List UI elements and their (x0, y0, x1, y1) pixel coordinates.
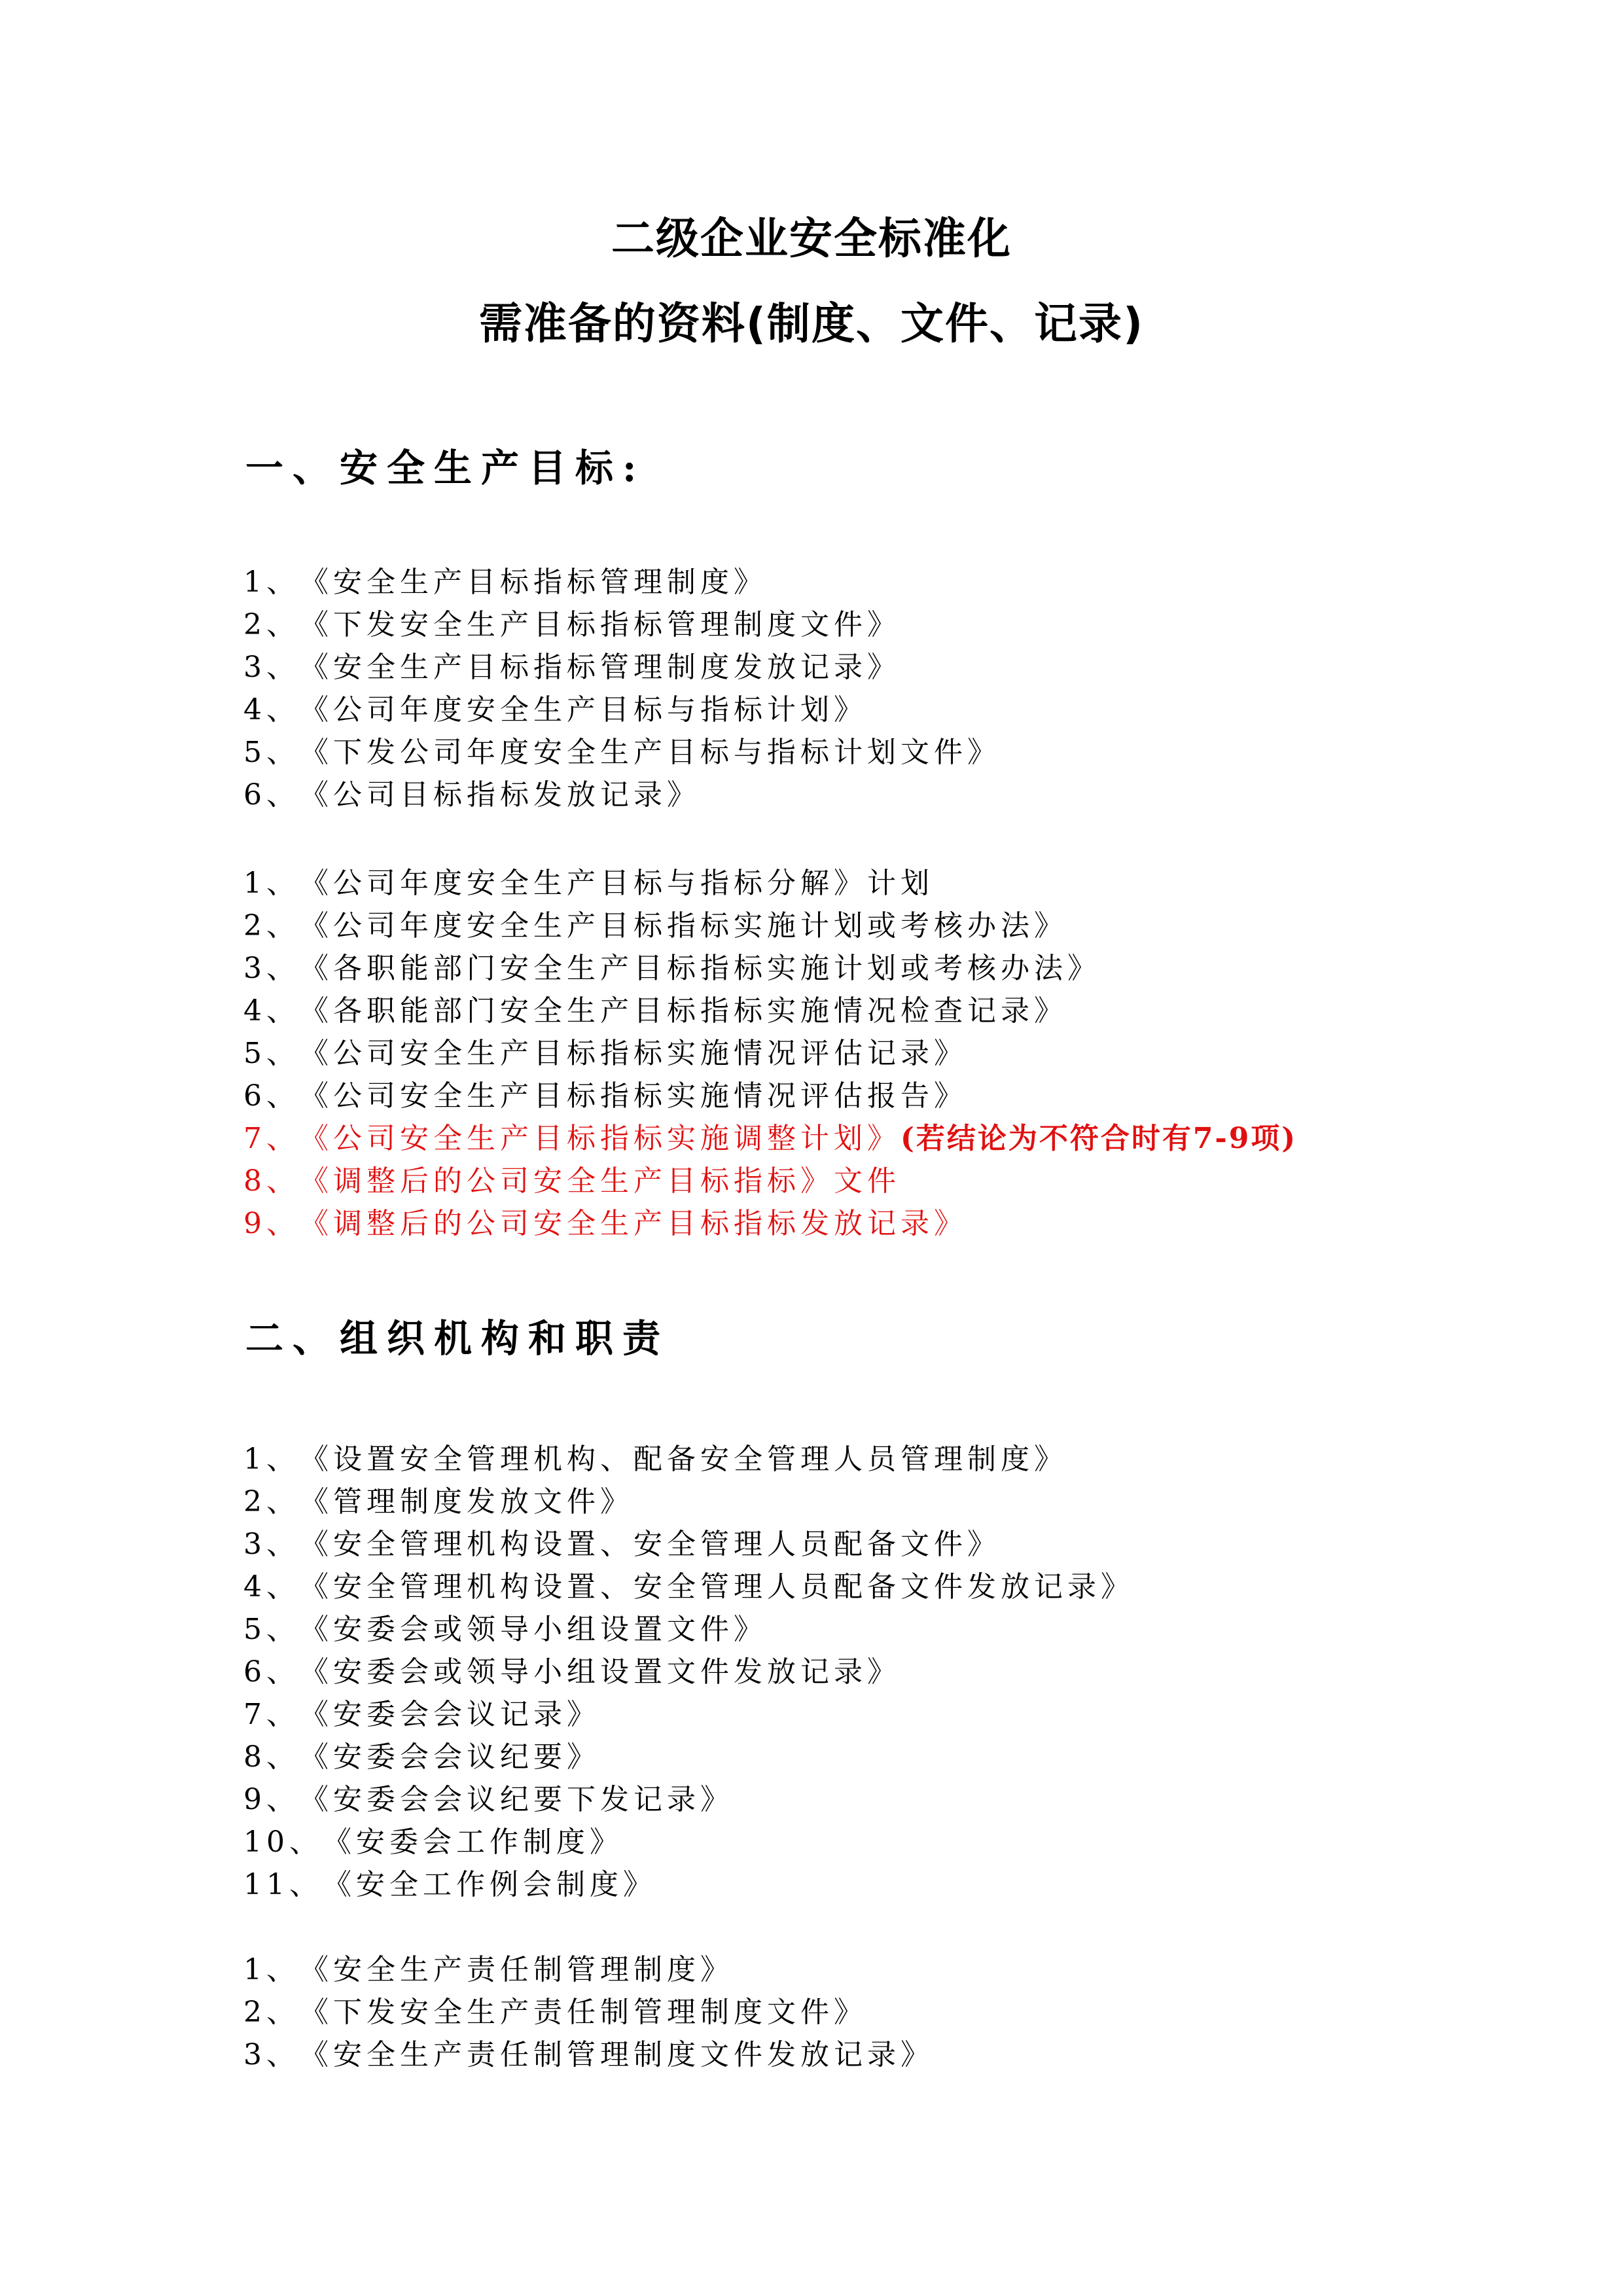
item-number: 3、 (243, 646, 300, 689)
safety-goals-list-1: 1、《安全生产目标指标管理制度》 2、《下发安全生产目标指标管理制度文件》 3、… (243, 561, 1001, 816)
list-item: 3、《安全生产目标指标管理制度发放记录》 (243, 646, 1001, 689)
item-text: 《下发公司年度安全生产目标与指标计划文件》 (300, 736, 1001, 769)
item-text: 《调整后的公司安全生产目标指标》文件 (300, 1164, 901, 1198)
organization-list-2: 1、《安全生产责任制管理制度》 2、《下发安全生产责任制管理制度文件》 3、《安… (243, 1948, 934, 2076)
item-number: 4、 (243, 689, 300, 731)
item-number: 2、 (243, 603, 300, 646)
list-item-highlighted: 9、《调整后的公司安全生产目标指标发放记录》 (243, 1202, 1297, 1245)
item-number: 6、 (243, 774, 300, 816)
list-item: 1、《设置安全管理机构、配备安全管理人员管理制度》 (243, 1438, 1134, 1480)
item-text: 《安全生产目标指标管理制度发放记录》 (300, 651, 901, 684)
item-number: 2、 (243, 905, 300, 947)
item-number: 2、 (243, 1480, 300, 1523)
item-text: 《公司安全生产目标指标实施情况评估记录》 (300, 1037, 967, 1070)
item-text: 《安全生产责任制管理制度》 (300, 1953, 734, 1986)
item-number: 9、 (243, 1202, 300, 1245)
item-number: 1、 (243, 561, 300, 603)
list-item: 3、《安全生产责任制管理制度文件发放记录》 (243, 2034, 934, 2076)
organization-list-1: 1、《设置安全管理机构、配备安全管理人员管理制度》 2、《管理制度发放文件》 3… (243, 1438, 1134, 1906)
item-number: 9、 (243, 1778, 300, 1821)
item-number: 2、 (243, 1991, 300, 2034)
item-text: 《安全生产目标指标管理制度》 (300, 565, 767, 599)
list-item: 4、《公司年度安全生产目标与指标计划》 (243, 689, 1001, 731)
item-number: 1、 (243, 1948, 300, 1991)
item-text: 《公司年度安全生产目标指标实施计划或考核办法》 (300, 909, 1067, 942)
item-text: 《安委会或领导小组设置文件发放记录》 (300, 1655, 901, 1689)
item-number: 3、 (243, 2034, 300, 2076)
document-page: 二级企业安全标准化 需准备的资料(制度、文件、记录) 一、安全生产目标: 1、《… (0, 0, 1623, 2296)
list-item-highlighted: 7、《公司安全生产目标指标实施调整计划》(若结论为不符合时有7-9项) (243, 1117, 1297, 1160)
item-text: 《安全管理机构设置、安全管理人员配备文件》 (300, 1528, 1001, 1561)
document-subtitle: 需准备的资料(制度、文件、记录) (0, 298, 1623, 350)
list-item: 11、《安全工作例会制度》 (243, 1863, 1134, 1906)
item-text: 《安委会会议记录》 (300, 1698, 600, 1731)
list-item: 3、《各职能部门安全生产目标指标实施计划或考核办法》 (243, 947, 1297, 990)
item-text: 《公司安全生产目标指标实施调整计划》 (300, 1122, 901, 1155)
item-number: 3、 (243, 947, 300, 990)
item-text: 《安委会会议纪要下发记录》 (300, 1783, 734, 1816)
item-number: 6、 (243, 1075, 300, 1117)
item-number: 1、 (243, 862, 300, 905)
item-text: 《安委会会议纪要》 (300, 1740, 600, 1774)
item-text: 《下发安全生产目标指标管理制度文件》 (300, 608, 901, 641)
item-text: 《各职能部门安全生产目标指标实施情况检查记录》 (300, 994, 1067, 1028)
item-number: 6、 (243, 1651, 300, 1693)
item-text: 《安全生产责任制管理制度文件发放记录》 (300, 2038, 934, 2072)
item-text: 《安全工作例会制度》 (323, 1868, 656, 1901)
item-text: 《安委会或领导小组设置文件》 (300, 1613, 767, 1646)
item-text: 《公司目标指标发放记录》 (300, 778, 700, 812)
list-item: 6、《安委会或领导小组设置文件发放记录》 (243, 1651, 1134, 1693)
section-heading-safety-goals: 一、安全生产目标: (245, 442, 645, 494)
item-text: 《安委会工作制度》 (323, 1825, 623, 1859)
item-number: 10、 (243, 1821, 323, 1863)
item-number: 5、 (243, 1032, 300, 1075)
item-number: 7、 (243, 1117, 300, 1160)
item-number: 8、 (243, 1736, 300, 1778)
list-item: 1、《安全生产目标指标管理制度》 (243, 561, 1001, 603)
item-text: 《各职能部门安全生产目标指标实施计划或考核办法》 (300, 952, 1101, 985)
item-text: 《公司安全生产目标指标实施情况评估报告》 (300, 1079, 967, 1113)
conditional-note: (若结论为不符合时有7-9项) (901, 1122, 1297, 1155)
list-item: 1、《安全生产责任制管理制度》 (243, 1948, 934, 1991)
list-item: 1、《公司年度安全生产目标与指标分解》计划 (243, 862, 1297, 905)
list-item: 9、《安委会会议纪要下发记录》 (243, 1778, 1134, 1821)
item-text: 《公司年度安全生产目标与指标计划》 (300, 693, 867, 726)
item-text: 《调整后的公司安全生产目标指标发放记录》 (300, 1207, 967, 1240)
list-item: 2、《公司年度安全生产目标指标实施计划或考核办法》 (243, 905, 1297, 947)
item-number: 4、 (243, 990, 300, 1032)
list-item: 3、《安全管理机构设置、安全管理人员配备文件》 (243, 1523, 1134, 1566)
item-number: 1、 (243, 1438, 300, 1480)
item-number: 4、 (243, 1566, 300, 1608)
list-item: 5、《安委会或领导小组设置文件》 (243, 1608, 1134, 1651)
list-item-highlighted: 8、《调整后的公司安全生产目标指标》文件 (243, 1160, 1297, 1202)
list-item: 5、《下发公司年度安全生产目标与指标计划文件》 (243, 731, 1001, 774)
item-number: 8、 (243, 1160, 300, 1202)
safety-goals-list-2: 1、《公司年度安全生产目标与指标分解》计划 2、《公司年度安全生产目标指标实施计… (243, 862, 1297, 1245)
list-item: 4、《安全管理机构设置、安全管理人员配备文件发放记录》 (243, 1566, 1134, 1608)
item-number: 7、 (243, 1693, 300, 1736)
list-item: 6、《公司安全生产目标指标实施情况评估报告》 (243, 1075, 1297, 1117)
list-item: 10、《安委会工作制度》 (243, 1821, 1134, 1863)
section-heading-organization: 二、组织机构和职责 (245, 1312, 669, 1365)
list-item: 2、《下发安全生产责任制管理制度文件》 (243, 1991, 934, 2034)
item-number: 5、 (243, 731, 300, 774)
item-number: 3、 (243, 1523, 300, 1566)
item-text: 《下发安全生产责任制管理制度文件》 (300, 1996, 867, 2029)
list-item: 2、《下发安全生产目标指标管理制度文件》 (243, 603, 1001, 646)
item-text: 《公司年度安全生产目标与指标分解》计划 (300, 867, 934, 900)
document-title: 二级企业安全标准化 (0, 213, 1623, 265)
item-text: 《管理制度发放文件》 (300, 1485, 633, 1518)
list-item: 8、《安委会会议纪要》 (243, 1736, 1134, 1778)
list-item: 4、《各职能部门安全生产目标指标实施情况检查记录》 (243, 990, 1297, 1032)
item-number: 5、 (243, 1608, 300, 1651)
list-item: 2、《管理制度发放文件》 (243, 1480, 1134, 1523)
item-text: 《设置安全管理机构、配备安全管理人员管理制度》 (300, 1443, 1067, 1476)
item-text: 《安全管理机构设置、安全管理人员配备文件发放记录》 (300, 1570, 1134, 1604)
list-item: 7、《安委会会议记录》 (243, 1693, 1134, 1736)
list-item: 6、《公司目标指标发放记录》 (243, 774, 1001, 816)
item-number: 11、 (243, 1863, 323, 1906)
list-item: 5、《公司安全生产目标指标实施情况评估记录》 (243, 1032, 1297, 1075)
